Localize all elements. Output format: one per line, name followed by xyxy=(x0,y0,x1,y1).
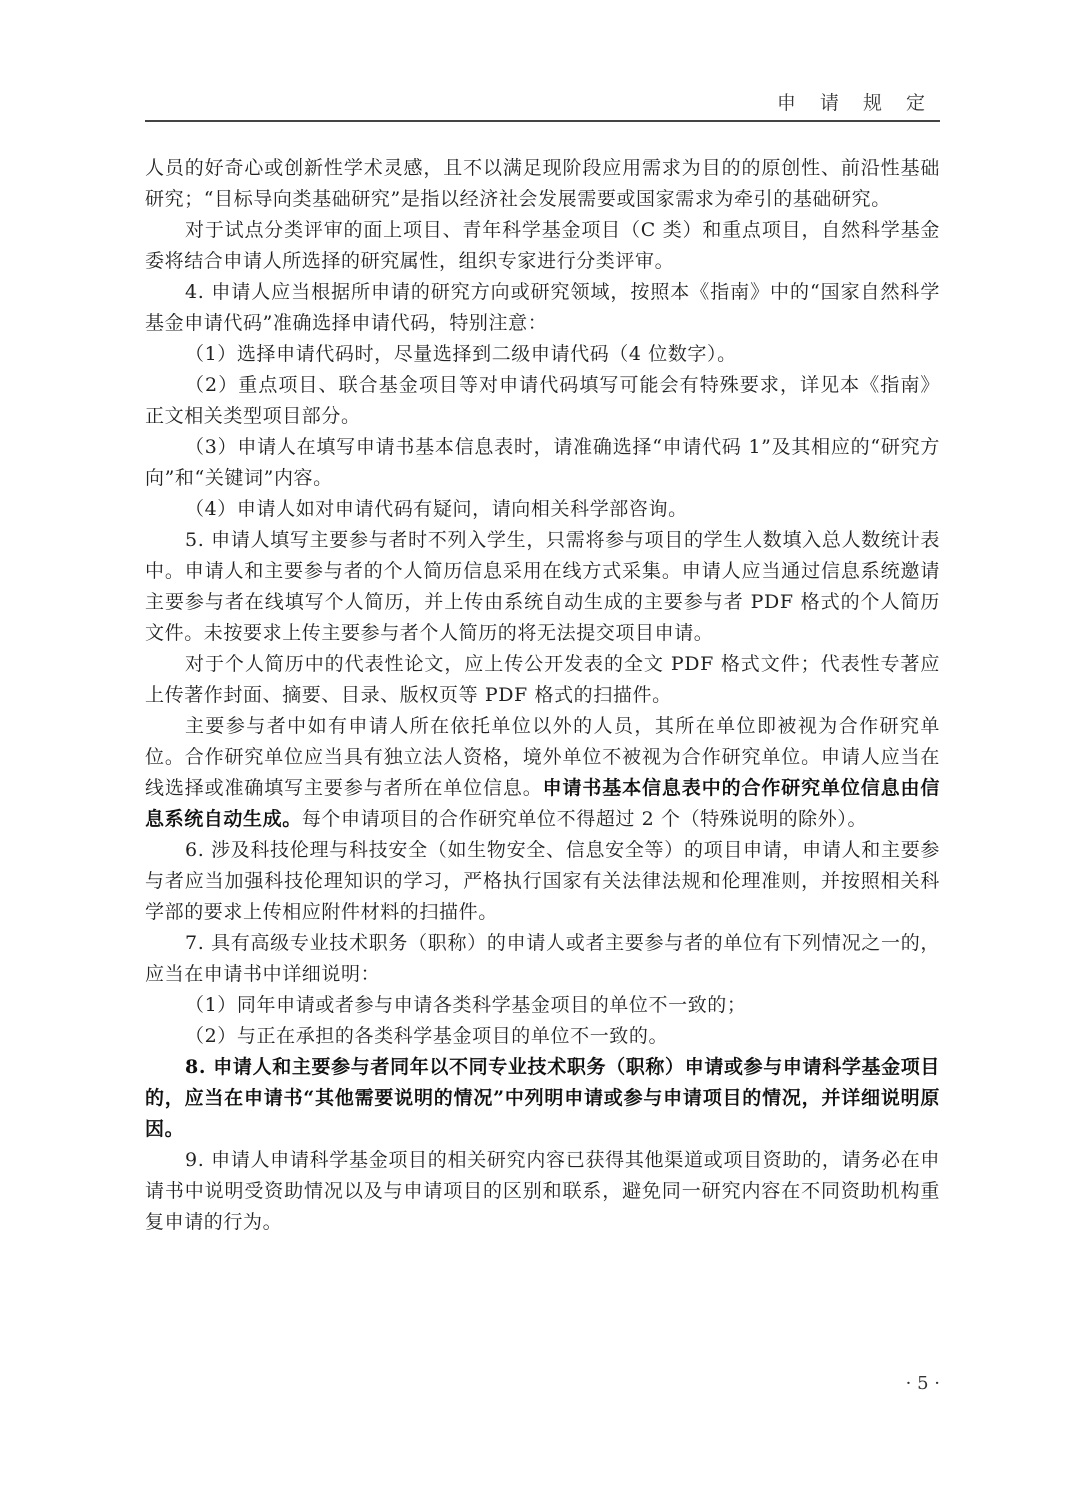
page-number: · 5 · xyxy=(906,1373,940,1394)
paragraph-item-9: 9. 申请人申请科学基金项目的相关研究内容已获得其他渠道或项目资助的，请务必在申… xyxy=(145,1145,940,1238)
paragraph-representative-papers: 对于个人简历中的代表性论文，应上传公开发表的全文 PDF 格式文件；代表性专著应… xyxy=(145,649,940,711)
document-body: 人员的好奇心或创新性学术灵感，且不以满足现阶段应用需求为目的的原创性、前沿性基础… xyxy=(145,153,940,1238)
paragraph-item-4-2: （2）重点项目、联合基金项目等对申请代码填写可能会有特殊要求，详见本《指南》正文… xyxy=(145,370,940,432)
running-header-title: 申 请 规 定 xyxy=(777,88,934,115)
cooperating-units-limit-text: 每个申请项目的合作研究单位不得超过 2 个（特殊说明的除外）。 xyxy=(302,808,867,830)
paragraph-item-5: 5. 申请人填写主要参与者时不列入学生，只需将参与项目的学生人数填入总人数统计表… xyxy=(145,525,940,649)
paragraph-classified-review: 对于试点分类评审的面上项目、青年科学基金项目（C 类）和重点项目，自然科学基金委… xyxy=(145,215,940,277)
paragraph-item-4: 4. 申请人应当根据所申请的研究方向或研究领域，按照本《指南》中的“国家自然科学… xyxy=(145,277,940,339)
paragraph-item-4-1: （1）选择申请代码时，尽量选择到二级申请代码（4 位数字）。 xyxy=(145,339,940,370)
paragraph-item-4-3: （3）申请人在填写申请书基本信息表时，请准确选择“申请代码 1”及其相应的“研究… xyxy=(145,432,940,494)
paragraph-item-4-4: （4）申请人如对申请代码有疑问，请向相关科学部咨询。 xyxy=(145,494,940,525)
running-header: 申 请 规 定 xyxy=(145,88,940,120)
paragraph-item-7-2: （2）与正在承担的各类科学基金项目的单位不一致的。 xyxy=(145,1021,940,1052)
paragraph-item-8-bold: 8. 申请人和主要参与者同年以不同专业技术职务（职称）申请或参与申请科学基金项目… xyxy=(145,1052,940,1145)
paragraph-cooperating-units: 主要参与者中如有申请人所在依托单位以外的人员，其所在单位即被视为合作研究单位。合… xyxy=(145,711,940,835)
header-rule xyxy=(145,120,940,122)
paragraph-continuation: 人员的好奇心或创新性学术灵感，且不以满足现阶段应用需求为目的的原创性、前沿性基础… xyxy=(145,153,940,215)
paragraph-item-7: 7. 具有高级专业技术职务（职称）的申请人或者主要参与者的单位有下列情况之一的，… xyxy=(145,928,940,990)
paragraph-item-6: 6. 涉及科技伦理与科技安全（如生物安全、信息安全等）的项目申请，申请人和主要参… xyxy=(145,835,940,928)
paragraph-item-7-1: （1）同年申请或者参与申请各类科学基金项目的单位不一致的； xyxy=(145,990,940,1021)
